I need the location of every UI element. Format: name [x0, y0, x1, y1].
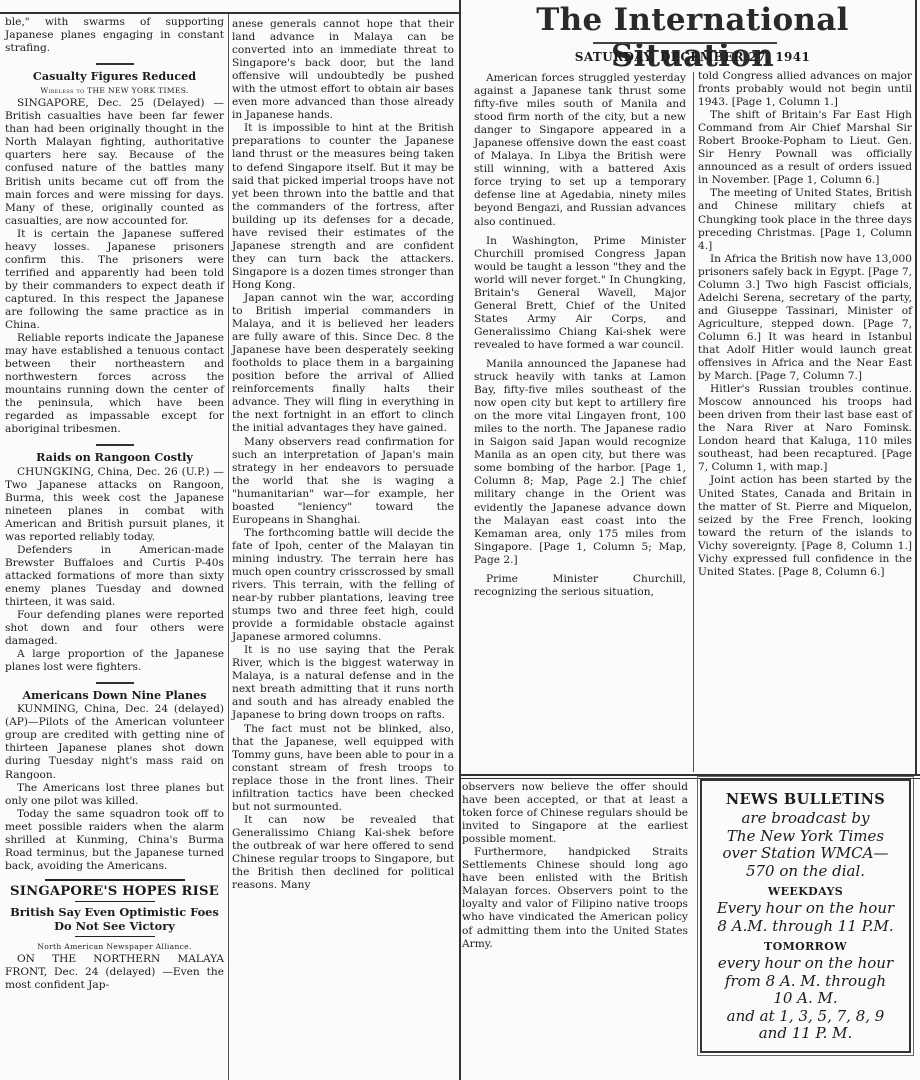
paragraph: Many observers read confirmation for suc… [232, 436, 454, 527]
separator-rule [75, 901, 155, 902]
tomorrow-line: from 8 A. M. through [702, 973, 909, 991]
tomorrow-line: 10 A. M. [702, 990, 909, 1008]
weekdays-label: WEEKDAYS [702, 885, 909, 898]
headline-singapore-hopes: SINGAPORE'S HOPES RISE [5, 885, 224, 898]
paragraph: Furthermore, handpicked Straits Settleme… [462, 846, 688, 950]
paragraph: Four defending planes were reported shot… [5, 609, 224, 648]
title-underline [593, 42, 777, 44]
paragraph: It is impossible to hint at the British … [232, 122, 454, 292]
column-rule-2 [459, 0, 461, 1080]
paragraph: Japan cannot win the war, according to B… [232, 292, 454, 436]
separator-rule [96, 682, 134, 684]
bulletin-line: are broadcast by [702, 810, 909, 828]
headline-raids-rangoon: Raids on Rangoon Costly [5, 451, 224, 464]
paragraph: CHUNGKING, China, Dec. 26 (U.P.) — Two J… [5, 466, 224, 544]
paragraph: In Washington, Prime Minister Churchill … [474, 235, 686, 352]
paragraph: Joint action has been started by the Uni… [698, 474, 912, 578]
weekdays-line: Every hour on the hour [702, 900, 909, 918]
separator-rule [96, 63, 134, 65]
lead-continuation: ble," with swarms of supporting Japanese… [5, 16, 224, 55]
headline-americans-down-planes: Americans Down Nine Planes [5, 689, 224, 702]
paragraph: Manila announced the Japanese had struck… [474, 358, 686, 567]
paragraph: A large proportion of the Japanese plane… [5, 648, 224, 674]
column-rule-3 [693, 72, 694, 772]
paragraph: anese generals cannot hope that their la… [232, 18, 454, 122]
bulletin-line: 570 on the dial. [702, 863, 909, 881]
wire-credit: North American Newspaper Alliance. [5, 940, 224, 953]
column-rule-1 [228, 14, 229, 1080]
paragraph: KUNMING, China, Dec. 24 (delayed) (AP)—P… [5, 703, 224, 781]
paragraph: Defenders in American-made Brewster Buff… [5, 544, 224, 609]
paragraph: The forthcoming battle will decide the f… [232, 527, 454, 644]
tomorrow-line: every hour on the hour [702, 955, 909, 973]
paragraph: Hitler's Russian troubles continue. Mosc… [698, 383, 912, 474]
lower-section-rule [460, 774, 920, 776]
paragraph: In Africa the British now have 13,000 pr… [698, 253, 912, 383]
paragraph: The meeting of United States, British an… [698, 187, 912, 252]
column-3-lower: observers now believe the offer should h… [462, 781, 688, 951]
paragraph: Today the same squadron took off to meet… [5, 808, 224, 873]
paragraph: ON THE NORTHERN MALAYA FRONT, Dec. 24 (d… [5, 953, 224, 992]
wire-credit: Wireless to THE NEW YORK TIMES. [5, 84, 224, 97]
separator-rule [75, 936, 155, 937]
paragraph: The shift of Britain's Far East High Com… [698, 109, 912, 187]
tomorrow-line: and 11 P. M. [702, 1025, 909, 1043]
separator-rule [96, 444, 134, 446]
paragraph: American forces struggled yesterday agai… [474, 72, 686, 229]
bulletin-heading: NEWS BULLETINS [702, 791, 909, 808]
paragraph: told Congress allied advances on major f… [698, 70, 912, 109]
paragraph: Prime Minister Churchill, recognizing th… [474, 573, 686, 599]
column-2: anese generals cannot hope that their la… [232, 18, 454, 892]
paragraph: The fact must not be blinked, also, that… [232, 723, 454, 814]
headline-casualty-figures: Casualty Figures Reduced [5, 70, 224, 83]
dateline: SATURDAY, DECEMBER 27, 1941 [470, 50, 915, 64]
paragraph: It is certain the Japanese suffered heav… [5, 228, 224, 332]
subheadline-british-say: British Say Even Optimistic Foes Do Not … [5, 905, 224, 933]
paragraph: SINGAPORE, Dec. 25 (Delayed) —British ca… [5, 97, 224, 227]
tomorrow-line: and at 1, 3, 5, 7, 8, 9 [702, 1008, 909, 1026]
news-bulletins-box: NEWS BULLETINS are broadcast by The New … [700, 779, 911, 1053]
weekdays-line: 8 A.M. through 11 P.M. [702, 918, 909, 936]
paragraph: observers now believe the offer should h… [462, 781, 688, 846]
column-3: American forces struggled yesterday agai… [474, 72, 686, 599]
column-4: told Congress allied advances on major f… [698, 70, 912, 579]
paragraph: Reliable reports indicate the Japanese m… [5, 332, 224, 436]
column-1: ble," with swarms of supporting Japanese… [5, 16, 224, 992]
paragraph: It is no use saying that the Perak River… [232, 644, 454, 722]
top-rule-left [0, 12, 460, 14]
bulletin-line: The New York Times [702, 828, 909, 846]
separator-rule-long [45, 879, 185, 881]
tomorrow-label: TOMORROW [702, 940, 909, 953]
paragraph: It can now be revealed that Generalissim… [232, 814, 454, 892]
right-edge-rule [915, 0, 917, 775]
paragraph: The Americans lost three planes but only… [5, 782, 224, 808]
bulletin-line: over Station WMCA— [702, 845, 909, 863]
